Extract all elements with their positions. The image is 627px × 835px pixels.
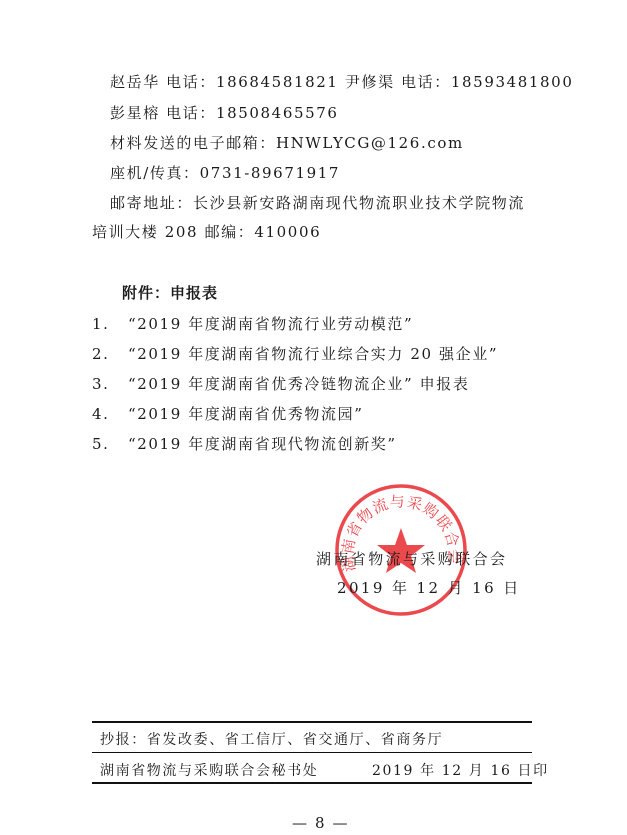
item-text: “2019 年度湖南省优秀冷链物流企业” 申报表 <box>128 375 469 393</box>
print-date: 2019 年 12 月 16 日印 <box>372 761 549 781</box>
contact-line-2: 彭星榕 电话：18508465576 <box>110 103 339 123</box>
attachments-title: 附件：申报表 <box>122 283 218 303</box>
attachment-item: 1.“2019 年度湖南省物流行业劳动模范” <box>92 314 413 334</box>
cc-line: 抄报：省发改委、省工信厅、省交通厅、省商务厅 <box>100 730 443 750</box>
email-line: 材料发送的电子邮箱：HNWLYCG@126.com <box>110 133 464 153</box>
page-number: — 8 — <box>292 813 349 833</box>
item-text: “2019 年度湖南省物流行业劳动模范” <box>128 315 413 333</box>
fax-line: 座机/传真：0731-89671917 <box>110 163 340 183</box>
contact-line-1: 赵岳华 电话：18684581821 尹修渠 电话：18593481800 <box>110 72 573 92</box>
item-number: 2. <box>92 344 128 364</box>
item-number: 3. <box>92 374 128 394</box>
item-text: “2019 年度湖南省现代物流创新奖” <box>128 435 397 453</box>
divider-middle <box>92 752 532 753</box>
item-text: “2019 年度湖南省优秀物流园” <box>128 405 363 423</box>
issuer: 湖南省物流与采购联合会秘书处 <box>100 761 318 781</box>
item-number: 1. <box>92 314 128 334</box>
signature-org: 湖南省物流与采购联合会 <box>316 549 507 569</box>
divider-bottom <box>92 782 532 784</box>
attachment-item: 4.“2019 年度湖南省优秀物流园” <box>92 404 363 424</box>
signature-date: 2019 年 12 月 16 日 <box>337 578 521 598</box>
item-number: 4. <box>92 404 128 424</box>
item-text: “2019 年度湖南省物流行业综合实力 20 强企业” <box>128 345 498 363</box>
address-line-2: 培训大楼 208 邮编：410006 <box>92 222 321 242</box>
attachment-item: 3.“2019 年度湖南省优秀冷链物流企业” 申报表 <box>92 374 469 394</box>
divider-top <box>92 721 532 723</box>
attachment-item: 5.“2019 年度湖南省现代物流创新奖” <box>92 434 397 454</box>
address-line-1: 邮寄地址：长沙县新安路湖南现代物流职业技术学院物流 <box>110 193 525 213</box>
item-number: 5. <box>92 434 128 454</box>
attachment-item: 2.“2019 年度湖南省物流行业综合实力 20 强企业” <box>92 344 498 364</box>
